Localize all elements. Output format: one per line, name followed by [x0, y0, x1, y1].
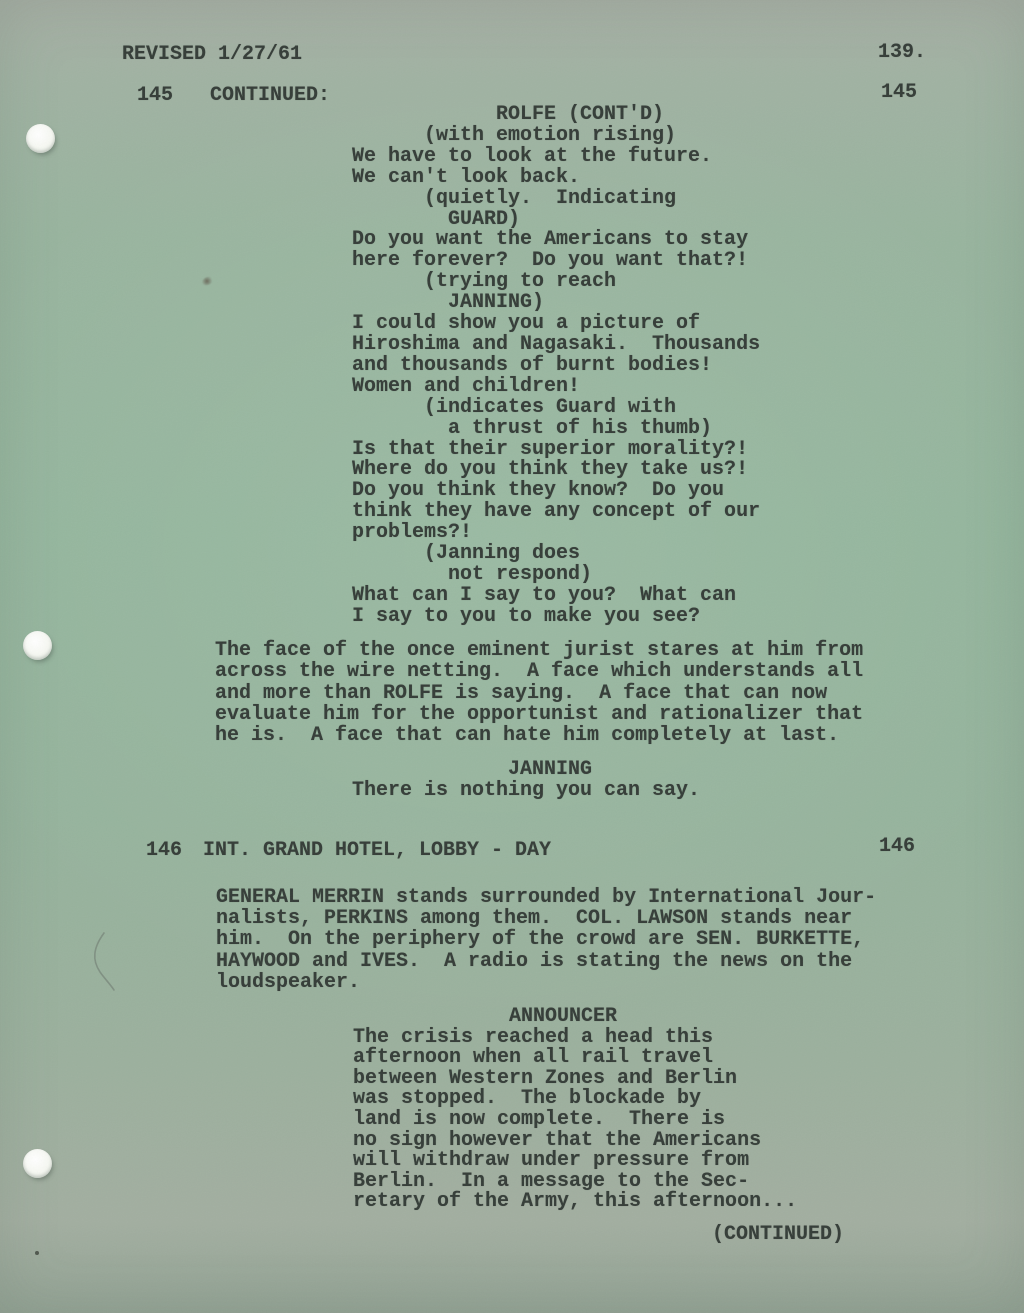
paper-speck	[35, 1251, 39, 1255]
ink-smudge	[201, 276, 214, 287]
scene-146-number-right: 146	[879, 836, 915, 857]
scene-146-number-left: 146	[146, 840, 182, 861]
punch-hole-middle	[23, 631, 52, 660]
scene-146-action: GENERAL MERRIN stands surrounded by Inte…	[216, 887, 876, 993]
rolfe-speech: ROLFE (CONT'D) (with emotion rising) We …	[352, 105, 760, 628]
scene-145-number-left: 145	[137, 85, 173, 106]
announcer-speech: ANNOUNCER The crisis reached a head this…	[353, 1007, 797, 1213]
punch-hole-bottom	[23, 1149, 52, 1178]
scene-145-action: The face of the once eminent jurist star…	[215, 640, 863, 746]
script-page: REVISED 1/27/61 139. 145 CONTINUED: 145 …	[0, 0, 1024, 1313]
revision-note: REVISED 1/27/61	[122, 44, 302, 65]
continued-note: (CONTINUED)	[712, 1224, 844, 1245]
scene-146-heading: INT. GRAND HOTEL, LOBBY - DAY	[203, 840, 551, 861]
janning-speech: JANNING There is nothing you can say.	[352, 760, 700, 801]
scene-145-continued-label: CONTINUED:	[210, 85, 330, 106]
scene-145-number-right: 145	[881, 82, 917, 103]
page-number: 139.	[878, 42, 926, 63]
punch-hole-top	[26, 124, 55, 153]
